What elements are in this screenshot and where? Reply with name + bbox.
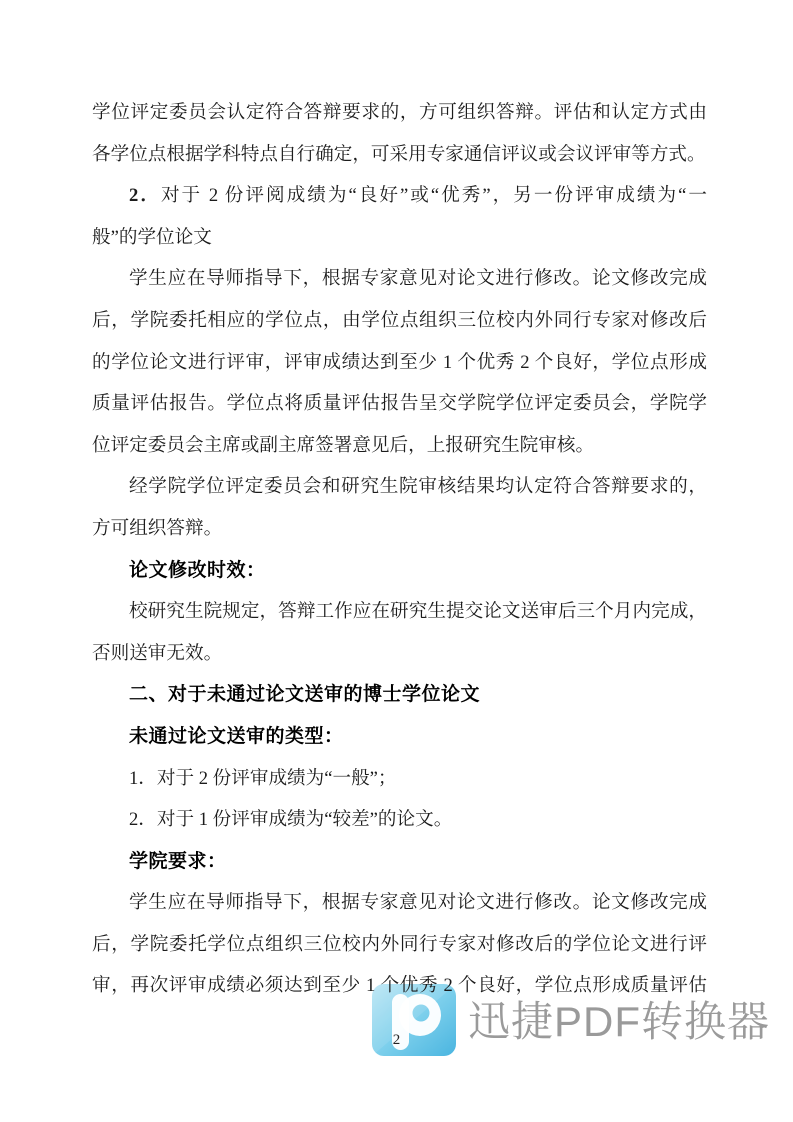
- text-line: 学生应在导师指导下，根据专家意见对论文进行修改。论文修改完成: [92, 258, 707, 300]
- text-line: 后，学院委托相应的学位点，由学位点组织三位校内外同行专家对修改后: [92, 300, 707, 342]
- text-line: 各学位点根据学科特点自行确定，可采用专家通信评议或会议评审等方式。: [92, 134, 707, 176]
- heading-line: 论文修改时效：: [92, 550, 707, 592]
- text-line: 般”的学位论文: [92, 217, 707, 259]
- heading-line: 二、对于未通过论文送审的博士学位论文: [92, 674, 707, 716]
- heading-line: 未通过论文送审的类型：: [92, 716, 707, 758]
- text-line: 1．对于 2 份评审成绩为“一般”；: [92, 758, 707, 800]
- text-line: 位评定委员会主席或副主席签署意见后，上报研究生院审核。: [92, 425, 707, 467]
- text-line: 的学位论文进行评审，评审成绩达到至少 1 个优秀 2 个良好，学位点形成: [92, 342, 707, 384]
- document-page: 学位评定委员会认定符合答辩要求的，方可组织答辩。评估和认定方式由各学位点根据学科…: [0, 0, 793, 1122]
- text-line: 经学院学位评定委员会和研究生院审核结果均认定符合答辩要求的，: [92, 466, 707, 508]
- page-number: 2: [0, 1032, 793, 1049]
- heading-line: 学院要求：: [92, 841, 707, 883]
- text-line: 2．对于 2 份评阅成绩为“良好”或“优秀”，另一份评审成绩为“一: [92, 175, 707, 217]
- text-line: 学生应在导师指导下，根据专家意见对论文进行修改。论文修改完成: [92, 882, 707, 924]
- text-line: 学位评定委员会认定符合答辩要求的，方可组织答辩。评估和认定方式由: [92, 92, 707, 134]
- text-line: 方可组织答辩。: [92, 508, 707, 550]
- text-line: 否则送审无效。: [92, 633, 707, 675]
- text-line: 质量评估报告。学位点将质量评估报告呈交学院学位评定委员会，学院学: [92, 383, 707, 425]
- text-line: 审，再次评审成绩必须达到至少 1 个优秀 2 个良好，学位点形成质量评估: [92, 965, 707, 1007]
- text-line: 2．对于 1 份评审成绩为“较差”的论文。: [92, 799, 707, 841]
- document-body: 学位评定委员会认定符合答辩要求的，方可组织答辩。评估和认定方式由各学位点根据学科…: [92, 92, 707, 1007]
- text-line: 校研究生院规定，答辩工作应在研究生提交论文送审后三个月内完成，: [92, 591, 707, 633]
- text-line: 后，学院委托学位点组织三位校内外同行专家对修改后的学位论文进行评: [92, 924, 707, 966]
